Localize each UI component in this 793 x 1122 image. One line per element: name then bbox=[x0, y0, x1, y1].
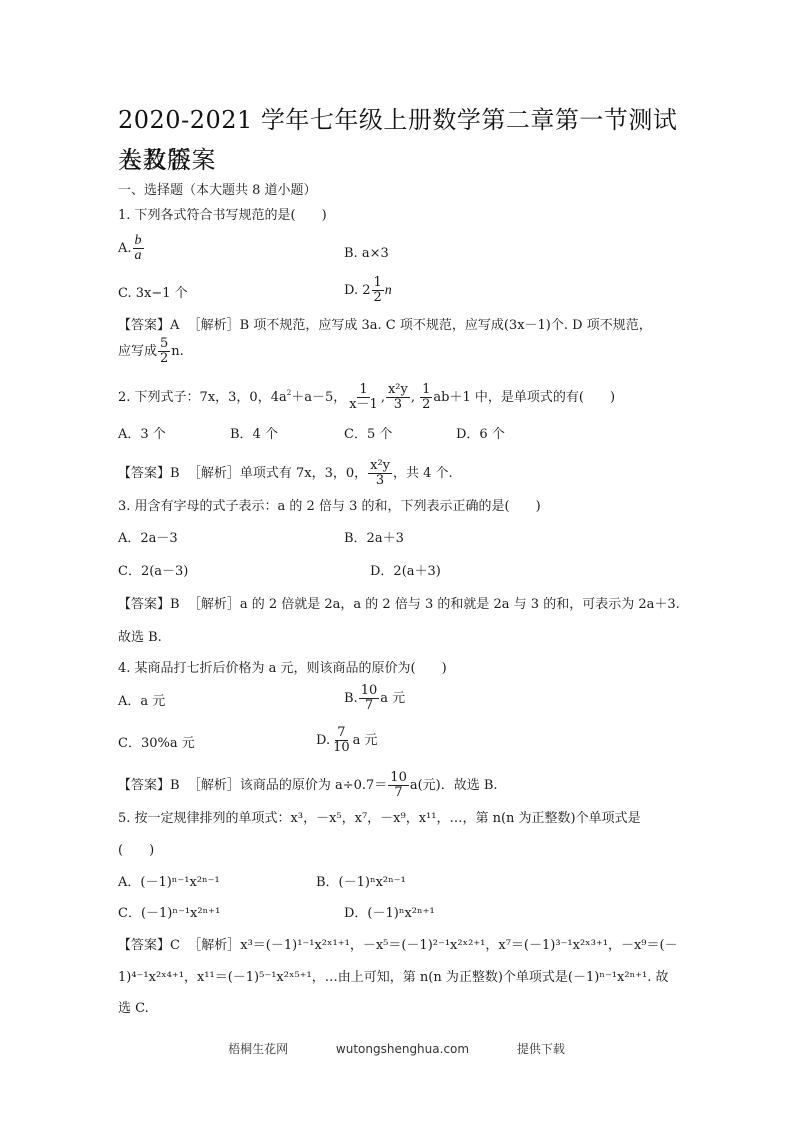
question-3-answer: 【答案】B ［解析］a 的 2 倍就是 2a，a 的 2 倍与 3 的和就是 2… bbox=[118, 596, 680, 614]
question-5-stem-cont: ( ) bbox=[118, 842, 154, 860]
question-5-option-c: C．(－1)ⁿ⁻¹x²ⁿ⁺¹ bbox=[118, 905, 220, 923]
question-1-option-a: A.ba bbox=[118, 234, 145, 263]
question-3-stem: 3. 用含有字母的式子表示：a 的 2 倍与 3 的和，下列表示正确的是( ) bbox=[118, 498, 541, 516]
question-5-option-b: B．(－1)ⁿx²ⁿ⁻¹ bbox=[316, 874, 406, 892]
question-4-option-a: A．a 元 bbox=[118, 693, 165, 711]
question-4-answer: 【答案】B ［解析］该商品的原价为 a÷0.7＝107a(元)．故选 B. bbox=[118, 771, 498, 800]
question-4-stem: 4. 某商品打七折后价格为 a 元，则该商品的原价为( ) bbox=[118, 660, 447, 678]
question-1-option-c: C. 3x−1 个 bbox=[118, 285, 188, 303]
footer-note: 提供下载 bbox=[517, 1042, 565, 1056]
question-2-answer: 【答案】B ［解析］单项式有 7x，3，0，x²y3，共 4 个. bbox=[118, 459, 453, 488]
question-3-option-d: D．2(a＋3) bbox=[370, 563, 441, 581]
question-5-answer-cont: 1)⁴⁻¹x²ˣ⁴⁺¹，x¹¹＝(－1)⁵⁻¹x²ˣ⁵⁺¹，…由上可知，第 n(… bbox=[118, 969, 669, 987]
question-2-option-c: C．5 个 bbox=[344, 426, 392, 444]
question-3-answer-cont: 故选 B. bbox=[118, 629, 162, 647]
question-4-option-d: D.710a 元 bbox=[316, 726, 378, 755]
question-1-option-d: D. 212n bbox=[344, 276, 392, 305]
question-5-answer-cont2: 选 C. bbox=[118, 1000, 149, 1018]
footer-url[interactable]: wutongshenghua.com bbox=[336, 1042, 469, 1056]
question-1-stem: 1. 下列各式符合书写规范的是( ) bbox=[118, 207, 327, 225]
question-5-stem: 5. 按一定规律排列的单项式：x³，－x⁵，x⁷，－x⁹，x¹¹，…，第 n(n… bbox=[118, 810, 641, 828]
section-heading: 一、选择题（本大题共 8 道小题） bbox=[118, 182, 317, 200]
question-3-option-a: A．2a－3 bbox=[118, 530, 178, 548]
question-text: 下列各式符合书写规范的是( ) bbox=[135, 208, 327, 223]
question-number: 1. bbox=[118, 208, 130, 223]
page-footer: 梧桐生花网 wutongshenghua.com 提供下载 bbox=[0, 1040, 793, 1057]
question-5-option-a: A．(－1)ⁿ⁻¹x²ⁿ⁻¹ bbox=[118, 874, 220, 892]
question-2-option-a: A．3 个 bbox=[118, 426, 166, 444]
question-2-option-b: B．4 个 bbox=[230, 426, 278, 444]
question-1-answer-cont: 应写成52n. bbox=[118, 337, 184, 366]
question-4-option-c: C．30%a 元 bbox=[118, 735, 195, 753]
question-3-option-c: C．2(a－3) bbox=[118, 563, 188, 581]
question-3-option-b: B．2a＋3 bbox=[344, 530, 404, 548]
question-2-option-d: D．6 个 bbox=[456, 426, 505, 444]
question-1-answer: 【答案】A ［解析］B 项不规范，应写成 3a. C 项不规范，应写成(3x－1… bbox=[118, 317, 652, 335]
question-4-option-b: B.107a 元 bbox=[344, 684, 405, 713]
document-page: 2020-2021 学年七年级上册数学第二章第一节测试卷及答案 人教版 一、选择… bbox=[0, 0, 793, 1122]
question-2-stem: 2. 下列式子：7x，3，0，4a2＋a－5，1x－1,x²y3, 12ab＋1… bbox=[118, 383, 615, 412]
question-5-option-d: D．(－1)ⁿx²ⁿ⁺¹ bbox=[344, 905, 435, 923]
footer-site-name: 梧桐生花网 bbox=[228, 1042, 288, 1056]
question-5-answer: 【答案】C ［解析］x³＝(－1)¹⁻¹x²ˣ¹⁺¹，－x⁵＝(－1)²⁻¹x²… bbox=[118, 937, 678, 955]
question-1-option-b: B. a×3 bbox=[344, 245, 389, 263]
document-title-line2: 人教版 bbox=[118, 140, 698, 180]
